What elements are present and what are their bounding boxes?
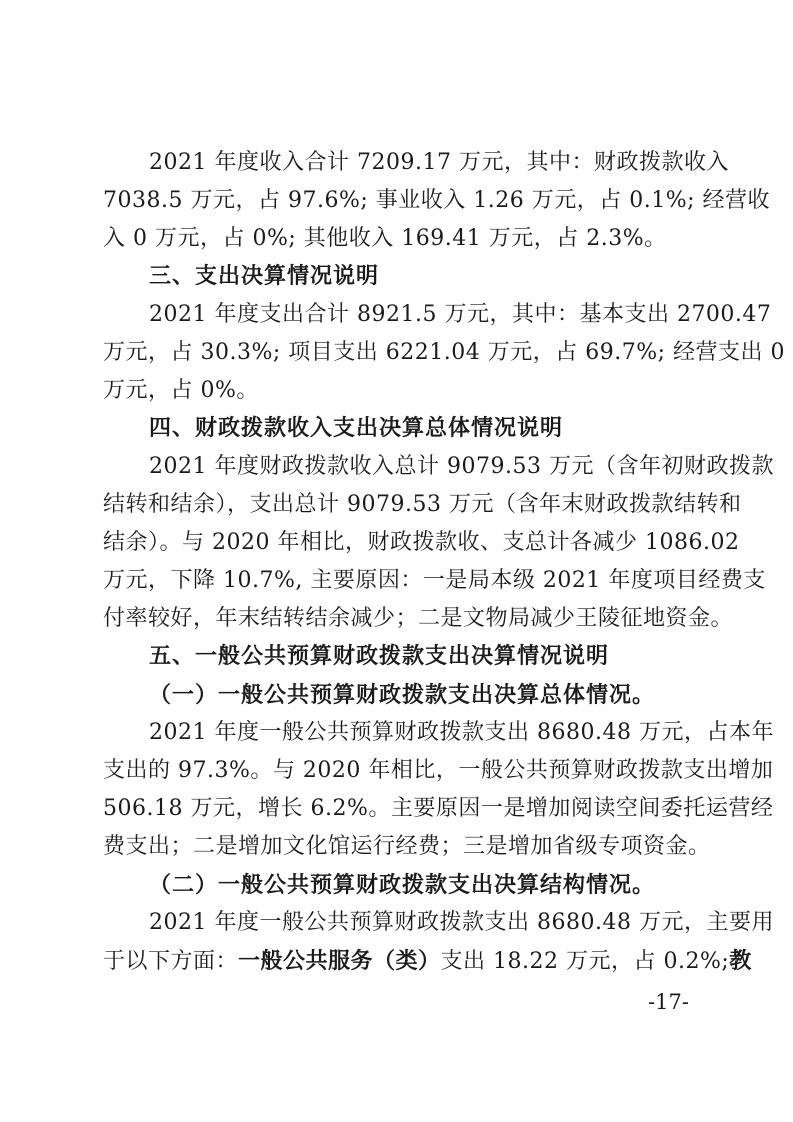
paragraph-line-mixed: 于以下方面：一般公共服务（类）支出 18.22 万元，占 0.2%;教 — [103, 942, 703, 980]
paragraph-line: 付率较好，年末结转结余减少；二是文物局减少王陵征地资金。 — [103, 600, 703, 638]
paragraph-line: 结余）。与 2020 年相比，财政拨款收、支总计各减少 1086.02 — [103, 524, 703, 562]
paragraph-line: 万元，下降 10.7%, 主要原因：一是局本级 2021 年度项目经费支 — [103, 562, 703, 600]
paragraph-line: 2021 年度财政拨款收入总计 9079.53 万元（含年初财政拨款 — [103, 448, 703, 486]
section-heading-5: 五、一般公共预算财政拨款支出决算情况说明 — [103, 638, 703, 676]
paragraph-line: 2021 年度一般公共预算财政拨款支出 8680.48 万元，主要用 — [103, 904, 703, 942]
paragraph-line: 入 0 万元，占 0%; 其他收入 169.41 万元，占 2.3%。 — [103, 220, 703, 258]
paragraph-line: 结转和结余），支出总计 9079.53 万元（含年末财政拨款结转和 — [103, 486, 703, 524]
paragraph-line: 万元，占 0%。 — [103, 372, 703, 410]
subsection-heading-5-2: （二）一般公共预算财政拨款支出决算结构情况。 — [103, 866, 703, 904]
paragraph-line: 万元，占 30.3%; 项目支出 6221.04 万元，占 69.7%; 经营支… — [103, 334, 703, 372]
paragraph-line: 7038.5 万元，占 97.6%; 事业收入 1.26 万元，占 0.1%; … — [103, 182, 703, 220]
paragraph-segment: 于以下方面： — [103, 949, 238, 974]
document-page: 2021 年度收入合计 7209.17 万元，其中：财政拨款收入 7038.5 … — [0, 0, 793, 1122]
paragraph-segment-bold: 一般公共服务（类） — [238, 948, 441, 974]
page-number: -17- — [648, 990, 689, 1014]
document-body: 2021 年度收入合计 7209.17 万元，其中：财政拨款收入 7038.5 … — [103, 144, 703, 980]
paragraph-line: 2021 年度一般公共预算财政拨款支出 8680.48 万元，占本年 — [103, 714, 703, 752]
section-heading-3: 三、支出决算情况说明 — [103, 258, 703, 296]
subsection-heading-5-1: （一）一般公共预算财政拨款支出决算总体情况。 — [103, 676, 703, 714]
section-heading-4: 四、财政拨款收入支出决算总体情况说明 — [103, 410, 703, 448]
paragraph-segment: 支出 18.22 万元，占 0.2%; — [441, 949, 730, 974]
paragraph-line: 2021 年度收入合计 7209.17 万元，其中：财政拨款收入 — [103, 144, 703, 182]
paragraph-line: 支出的 97.3%。与 2020 年相比，一般公共预算财政拨款支出增加 — [103, 752, 703, 790]
paragraph-line: 费支出；二是增加文化馆运行经费；三是增加省级专项资金。 — [103, 828, 703, 866]
paragraph-line: 506.18 万元，增长 6.2%。主要原因一是增加阅读空间委托运营经 — [103, 790, 703, 828]
paragraph-line: 2021 年度支出合计 8921.5 万元，其中：基本支出 2700.47 — [103, 296, 703, 334]
paragraph-segment-bold: 教 — [729, 948, 752, 974]
